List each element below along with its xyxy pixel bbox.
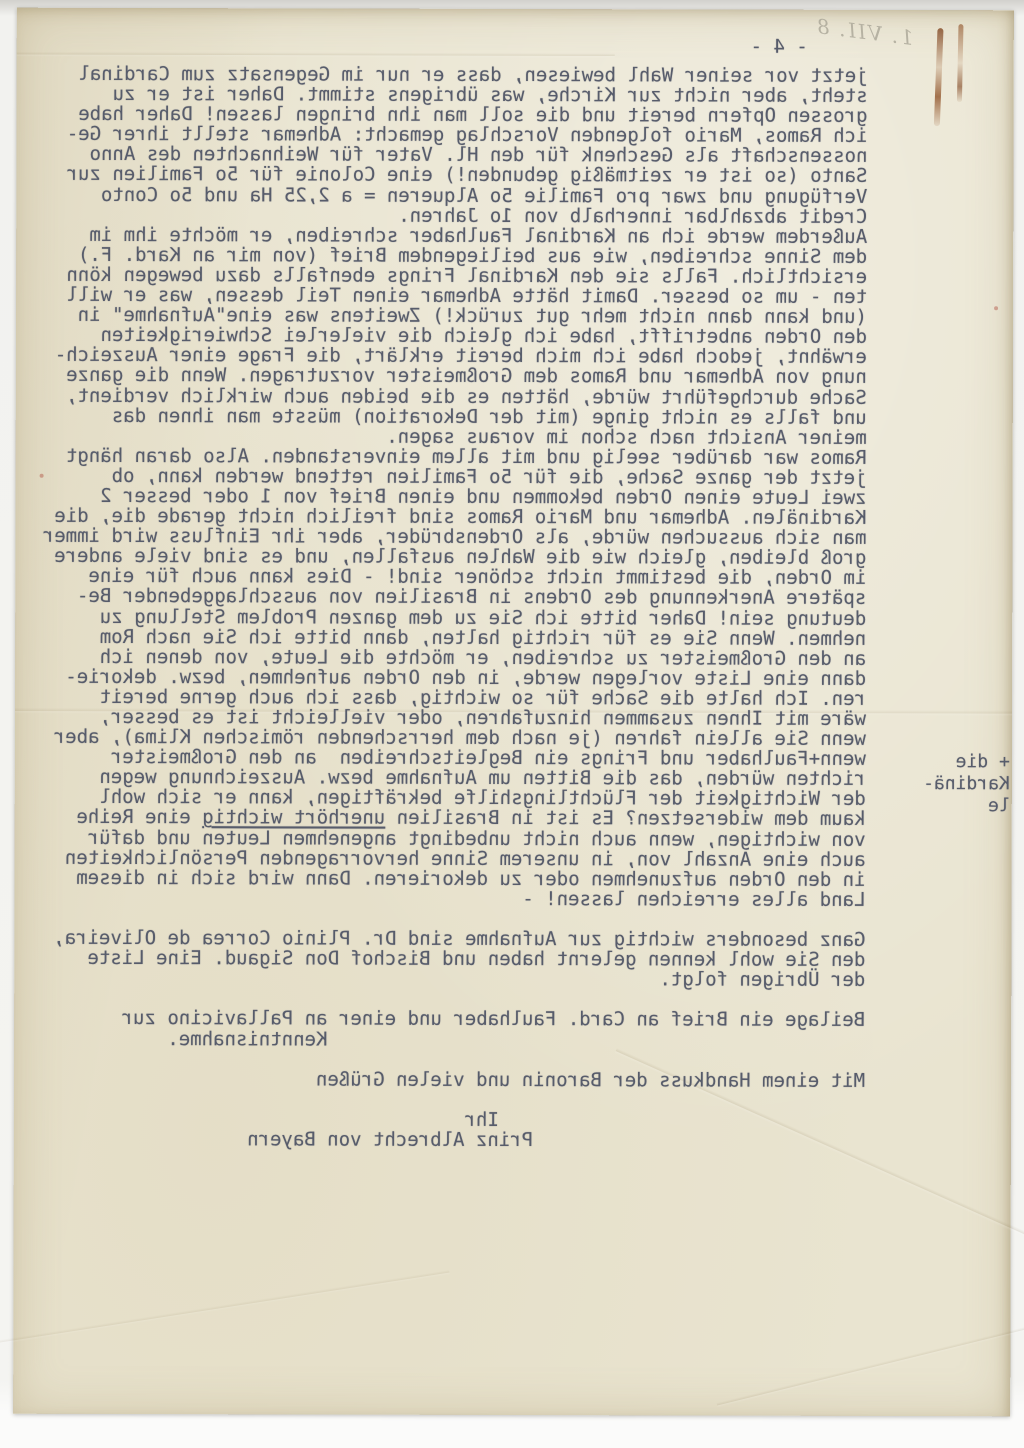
- typed-body: jetzt vor seiner Wahl bewiesen, dass er …: [41, 64, 867, 1151]
- typed-line: Prinz Albrecht von Bayern: [41, 1129, 865, 1151]
- typed-line: und falls es nicht ginge (mit der Dekora…: [43, 405, 867, 427]
- margin-note-line: le: [923, 795, 1010, 817]
- typed-line: Beilage ein Brief an Card. Faulhaber und…: [42, 1008, 866, 1030]
- typed-line: der Übrigen folgt.: [42, 968, 866, 990]
- typed-line: [41, 1048, 865, 1070]
- typed-line: Kenntnisnahme.: [42, 1028, 866, 1050]
- document-scan: 1. VII. 8 - 4 - jetzt vor seiner Wahl be…: [0, 0, 1024, 1448]
- typed-line: Mit einem Handkuss der Baronin und viele…: [41, 1068, 865, 1090]
- page-number: - 4 -: [751, 36, 808, 58]
- paper-sheet: 1. VII. 8 - 4 - jetzt vor seiner Wahl be…: [13, 8, 1014, 1417]
- typed-line: nung von Adhemar und Ramos dem Großmeist…: [43, 365, 867, 387]
- margin-note-line: + die: [923, 751, 1010, 773]
- typed-line: Land alles erreichen lassen! -: [42, 888, 866, 910]
- mirrored-content: 1. VII. 8 - 4 - jetzt vor seiner Wahl be…: [13, 8, 1014, 1417]
- margin-note: + die Kardinä- le: [923, 751, 1010, 817]
- pencil-note: 1. VII. 8: [814, 14, 915, 50]
- margin-note-line: Kardinä-: [923, 773, 1010, 795]
- typed-line: Verfügung und zwar pro Familie 5o Alquer…: [44, 184, 868, 206]
- typed-line: den Sie wohl kennen gelernt haben und Bi…: [42, 948, 866, 970]
- typed-line: [41, 1089, 865, 1111]
- typed-line: in den Orden aufzunehmen oder zu dekorie…: [42, 868, 866, 890]
- typed-line: Ihr: [41, 1109, 865, 1131]
